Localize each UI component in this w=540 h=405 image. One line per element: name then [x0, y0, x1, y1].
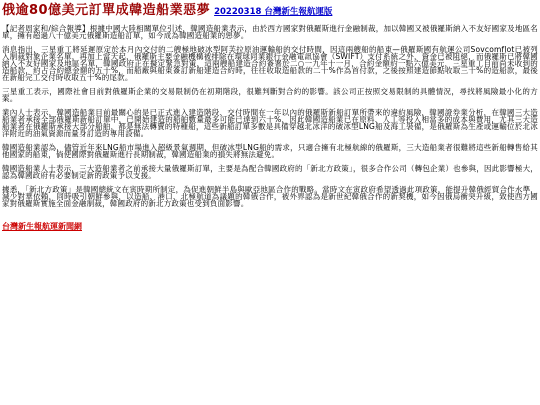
article-body: 【記者周家和/綜合報導】根據中國大陸相關單位引述，韓國造船業表示，由於西方國家對…: [2, 25, 538, 207]
paragraph: 三星重工表示，國際社會目前對俄羅斯企業的交易限制仍在初期階段，很難判斷對合約的影…: [2, 88, 538, 102]
footer-site-link[interactable]: 台灣新生報航運新聞網: [2, 221, 82, 232]
headline-row: 俄逾80億美元訂單成韓造船業惡夢20220318 台灣新生報航運版: [2, 2, 538, 19]
paragraph: 韓國造船業認為，儘管近年來LNG船市場進入超級景氣週期，但破冰型LNG船的需求，…: [2, 144, 538, 158]
paragraph: 韓國造船業人士表示，三大造船業者之前承接大量俄羅斯訂單，主要是為配合韓國政府的「…: [2, 165, 538, 179]
paragraph: 業內人士表示，韓國造船業目前最關心的是已正式進入建造階段、交付時間在一年以內的俄…: [2, 109, 538, 137]
article-title: 俄逾80億美元訂單成韓造船業惡夢: [2, 3, 210, 18]
paragraph: 據悉，「新北方政策」是韓國總統文在寅時期所制定，為促進朝鮮半島與歐亞地區合作的戰…: [2, 186, 538, 207]
paragraph-lead: 【記者周家和/綜合報導】根據中國大陸相關單位引述，韓國造船業表示，由於西方國家對…: [2, 25, 538, 39]
paragraph: 消息指出，三星重工將延遲原定於本月內交付的二艘極地破冰型阿芙拉原油運輸船的交付時…: [2, 46, 538, 81]
news-article-page: 俄逾80億美元訂單成韓造船業惡夢20220318 台灣新生報航運版 【記者周家和…: [0, 0, 540, 405]
date-source-link[interactable]: 20220318 台灣新生報航運版: [214, 7, 332, 17]
